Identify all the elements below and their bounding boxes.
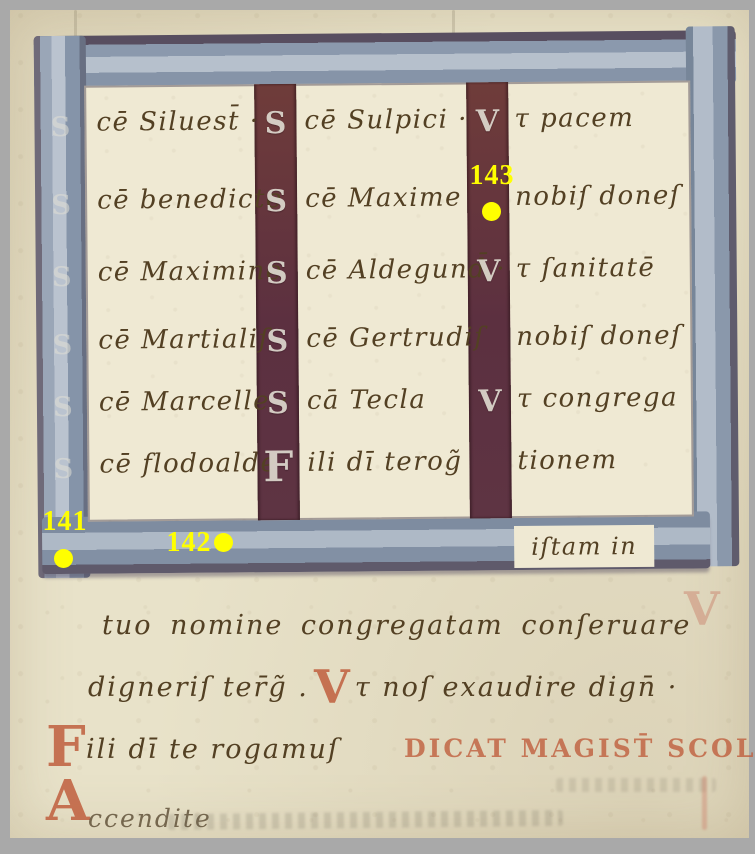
band-initial-s: S xyxy=(257,386,299,421)
painted-table-frame: S S S S S S cē Siluest̄ · S cē Sulpici ·… xyxy=(0,0,755,854)
table-row: cē Martialiſ S cē Gertrudiſ nobiſ doneſ xyxy=(0,320,755,373)
band-initial-s: S xyxy=(256,324,298,359)
verso-show-through xyxy=(556,778,716,792)
litany-response: τ ſanitatē xyxy=(516,253,656,284)
litany-name: cē Sulpici · xyxy=(304,104,468,135)
annotation-dot-142[interactable] xyxy=(214,533,233,552)
table-row: cē flodoalde F ili dī terog̃ tionem xyxy=(1,444,755,497)
litany-name: ili dī terog̃ xyxy=(307,446,462,477)
band-initial-f: F xyxy=(257,442,299,491)
band-initial-v: V xyxy=(469,384,511,419)
band-initial-v: V xyxy=(466,104,508,139)
litany-name: cē Maxime xyxy=(305,182,462,213)
litany-response: nobiſ doneſ xyxy=(516,321,682,352)
annotation-label-141: 141 xyxy=(38,506,92,538)
litany-name: cē Siluest̄ · xyxy=(96,106,259,137)
litany-response: tionem xyxy=(517,445,617,476)
band-initial-s: S xyxy=(255,184,297,219)
annotation-label-142: 142 xyxy=(162,527,216,559)
litany-name: cē Gertrudiſ xyxy=(306,322,485,354)
prayer-line-1: tuo nomine congregatam conſeruare xyxy=(102,610,691,641)
verso-red-mark xyxy=(702,776,707,830)
litany-response: τ congrega xyxy=(517,383,678,414)
table-row: cē benedicte S cē Maxime nobiſ doneſ xyxy=(0,180,754,233)
marginal-guide-letter: V xyxy=(684,582,720,636)
band-initial-v: V xyxy=(468,254,510,289)
prayer-line-2: digneriſ ter̄g̃ . V τ noſ exaudire dign̄… xyxy=(88,660,678,714)
annotation-label-143: 143 xyxy=(465,160,519,192)
band-initial-s: S xyxy=(254,106,296,141)
annotation-dot-143[interactable] xyxy=(482,202,501,221)
rubric-instruction: DICAT MAGIST̄ SCOLM xyxy=(404,734,755,763)
litany-name: cē flodoalde xyxy=(99,448,277,480)
prayer-line-2-pre: digneriſ ter̄g̃ . xyxy=(88,672,309,703)
rubricated-initial-v: V xyxy=(314,660,350,714)
litany-name: cē Martialiſ xyxy=(98,324,270,355)
prayer-line-3: ili dī te rogamuſ xyxy=(86,734,340,765)
band-initial-s: S xyxy=(256,256,298,291)
table-row: cē Maximine S cē Aldegund̄ · V τ ſanitat… xyxy=(0,252,755,305)
annotation-dot-141[interactable] xyxy=(54,549,73,568)
rubricated-initial-a: A xyxy=(46,768,89,834)
litany-name: cā Tecla xyxy=(307,385,427,416)
corner-note-text: iſtam in xyxy=(531,532,637,561)
corner-note-patch: iſtam in xyxy=(514,525,654,568)
prayer-line-2-rest: τ noſ exaudire dign̄ · xyxy=(355,672,679,703)
litany-response: τ pacem xyxy=(514,103,634,134)
table-row: cē Siluest̄ · S cē Sulpici · V τ pacem xyxy=(0,102,754,155)
screenshot-root: S S S S S S cē Siluest̄ · S cē Sulpici ·… xyxy=(0,0,755,854)
table-row: cē Marcelle · S cā Tecla V τ congrega xyxy=(1,382,755,435)
litany-response: nobiſ doneſ xyxy=(515,181,681,212)
